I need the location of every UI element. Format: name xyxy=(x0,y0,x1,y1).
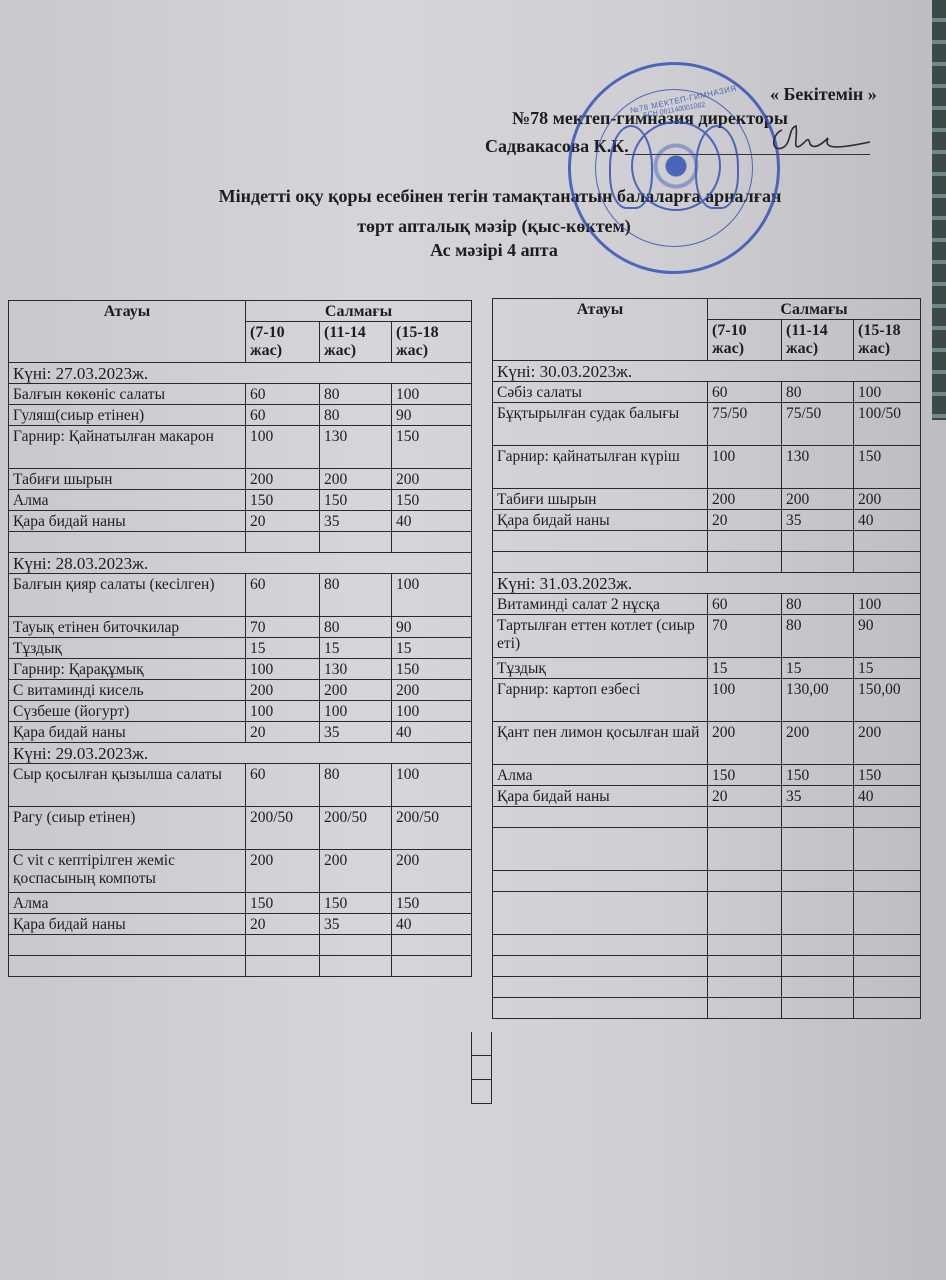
dish-name: Тұздық xyxy=(9,638,246,659)
column-header-name: Атауы xyxy=(493,299,708,361)
weight-11-14: 80 xyxy=(782,594,854,615)
menu-item-row: С витаминді кисель200200200 xyxy=(9,680,472,701)
weight-7-10: 100 xyxy=(246,426,320,469)
weight-7-10: 60 xyxy=(708,382,782,403)
empty-cell xyxy=(782,871,854,892)
empty-cell xyxy=(708,871,782,892)
weight-15-18: 100/50 xyxy=(854,403,921,446)
empty-cell xyxy=(392,532,472,553)
weight-15-18: 200 xyxy=(392,850,472,893)
weight-7-10: 100 xyxy=(246,701,320,722)
weight-15-18: 200 xyxy=(392,469,472,490)
weight-11-14: 35 xyxy=(320,722,392,743)
weight-7-10: 20 xyxy=(246,914,320,935)
weight-15-18: 40 xyxy=(854,786,921,807)
weight-11-14: 130 xyxy=(320,426,392,469)
empty-cell xyxy=(854,998,921,1019)
weight-7-10: 200 xyxy=(246,850,320,893)
weight-11-14: 80 xyxy=(320,764,392,807)
dish-name: Гарнир: қайнатылған күріш xyxy=(493,446,708,489)
weight-7-10: 200 xyxy=(246,680,320,701)
weight-15-18: 90 xyxy=(854,615,921,658)
weight-7-10: 60 xyxy=(708,594,782,615)
empty-cell xyxy=(493,977,708,998)
weight-7-10: 100 xyxy=(246,659,320,680)
menu-item-row: Сәбіз салаты6080100 xyxy=(493,382,921,403)
weight-15-18: 90 xyxy=(392,405,472,426)
empty-cell xyxy=(708,807,782,828)
dish-name: Гарнир: Қарақұмық xyxy=(9,659,246,680)
day-date-row: Күні: 29.03.2023ж. xyxy=(9,743,472,764)
empty-cell xyxy=(246,935,320,956)
weight-7-10: 200 xyxy=(708,722,782,765)
weight-15-18: 40 xyxy=(392,722,472,743)
day-date-row: Күні: 30.03.2023ж. xyxy=(493,361,921,382)
dish-name: Қара бидай наны xyxy=(9,511,246,532)
menu-item-row: Алма150150150 xyxy=(9,490,472,511)
dish-name: Гуляш(сиыр етінен) xyxy=(9,405,246,426)
day-date: Күні: 29.03.2023ж. xyxy=(9,743,472,764)
weight-11-14: 130 xyxy=(782,446,854,489)
empty-row xyxy=(493,552,921,573)
menu-item-row: Қара бидай наны203540 xyxy=(493,510,921,531)
empty-cell xyxy=(9,532,246,553)
empty-cell xyxy=(708,552,782,573)
weight-11-14: 80 xyxy=(320,405,392,426)
signature-icon xyxy=(752,118,872,158)
dish-name: Тауық етінен биточкилар xyxy=(9,617,246,638)
weight-15-18: 150 xyxy=(854,765,921,786)
day-date-row: Күні: 27.03.2023ж. xyxy=(9,363,472,384)
weight-15-18: 100 xyxy=(392,764,472,807)
empty-cell xyxy=(493,935,708,956)
weight-7-10: 150 xyxy=(246,893,320,914)
weight-11-14: 200 xyxy=(782,722,854,765)
dish-name: Гарнир: картоп езбесі xyxy=(493,679,708,722)
dish-name: Сыр қосылған қызылша салаты xyxy=(9,764,246,807)
menu-table-right: АтауыСалмағы(7-10 жас)(11-14 жас)(15-18 … xyxy=(492,298,921,1019)
menu-item-row: Тұздық151515 xyxy=(493,658,921,679)
weight-15-18: 15 xyxy=(854,658,921,679)
weight-11-14: 80 xyxy=(320,384,392,405)
weight-7-10: 70 xyxy=(708,615,782,658)
weight-11-14: 80 xyxy=(782,382,854,403)
column-header-age-15-18: (15-18 жас) xyxy=(854,320,921,361)
menu-item-row: Гарнир: Қарақұмық100130150 xyxy=(9,659,472,680)
weight-15-18: 150 xyxy=(392,893,472,914)
day-date-row: Күні: 31.03.2023ж. xyxy=(493,573,921,594)
menu-item-row: Балғын қияр салаты (кесілген)6080100 xyxy=(9,574,472,617)
dish-name: Қара бидай наны xyxy=(9,914,246,935)
dish-name: Алма xyxy=(9,893,246,914)
empty-cell xyxy=(392,935,472,956)
dish-name: Балғын көкөніс салаты xyxy=(9,384,246,405)
weight-15-18: 100 xyxy=(392,701,472,722)
empty-cell xyxy=(782,531,854,552)
empty-cell xyxy=(854,977,921,998)
empty-cell xyxy=(493,531,708,552)
weight-11-14: 150 xyxy=(320,893,392,914)
approval-label: « Бекітемін » xyxy=(770,84,877,105)
dish-name: С vit с кептірілген жеміс қоспасының ком… xyxy=(9,850,246,893)
weight-7-10: 15 xyxy=(708,658,782,679)
column-header-age-7-10: (7-10 жас) xyxy=(246,322,320,363)
menu-item-row: С vit с кептірілген жеміс қоспасының ком… xyxy=(9,850,472,893)
weight-11-14: 200 xyxy=(782,489,854,510)
dish-name: Балғын қияр салаты (кесілген) xyxy=(9,574,246,617)
empty-row xyxy=(9,532,472,553)
empty-cell xyxy=(854,892,921,935)
empty-row xyxy=(493,956,921,977)
weight-7-10: 150 xyxy=(708,765,782,786)
empty-row xyxy=(493,807,921,828)
empty-cell xyxy=(854,828,921,871)
empty-cell xyxy=(782,998,854,1019)
menu-item-row: Табиғи шырын200200200 xyxy=(9,469,472,490)
weight-11-14: 130 xyxy=(320,659,392,680)
table-gap-strip xyxy=(471,1032,492,1104)
weight-11-14: 130,00 xyxy=(782,679,854,722)
weight-15-18: 200/50 xyxy=(392,807,472,850)
weight-15-18: 200 xyxy=(392,680,472,701)
empty-cell xyxy=(854,552,921,573)
empty-cell xyxy=(246,956,320,977)
column-header-age-7-10: (7-10 жас) xyxy=(708,320,782,361)
weight-15-18: 150,00 xyxy=(854,679,921,722)
weight-7-10: 200 xyxy=(246,469,320,490)
empty-cell xyxy=(854,871,921,892)
menu-week-label: Ас мәзірі 4 апта xyxy=(0,240,946,261)
weight-15-18: 40 xyxy=(392,914,472,935)
weight-11-14: 35 xyxy=(320,914,392,935)
empty-cell xyxy=(493,871,708,892)
weight-11-14: 150 xyxy=(782,765,854,786)
weight-11-14: 35 xyxy=(782,510,854,531)
column-header-age-15-18: (15-18 жас) xyxy=(392,322,472,363)
weight-15-18: 150 xyxy=(854,446,921,489)
weight-7-10: 20 xyxy=(708,786,782,807)
menu-item-row: Тартылған еттен котлет (сиыр еті)708090 xyxy=(493,615,921,658)
empty-row xyxy=(493,531,921,552)
weight-7-10: 60 xyxy=(246,384,320,405)
weight-15-18: 150 xyxy=(392,490,472,511)
weight-15-18: 90 xyxy=(392,617,472,638)
weight-7-10: 200 xyxy=(708,489,782,510)
weight-15-18: 40 xyxy=(392,511,472,532)
empty-cell xyxy=(320,935,392,956)
menu-item-row: Сыр қосылған қызылша салаты6080100 xyxy=(9,764,472,807)
weight-11-14: 200 xyxy=(320,680,392,701)
weight-7-10: 200/50 xyxy=(246,807,320,850)
weight-7-10: 100 xyxy=(708,679,782,722)
menu-item-row: Гарнир: қайнатылған күріш100130150 xyxy=(493,446,921,489)
empty-row xyxy=(493,935,921,956)
empty-row xyxy=(493,871,921,892)
menu-item-row: Алма150150150 xyxy=(493,765,921,786)
column-header-age-11-14: (11-14 жас) xyxy=(782,320,854,361)
empty-cell xyxy=(708,998,782,1019)
background-edge xyxy=(932,0,946,420)
weight-7-10: 20 xyxy=(708,510,782,531)
weight-7-10: 150 xyxy=(246,490,320,511)
menu-item-row: Витаминді салат 2 нұсқа6080100 xyxy=(493,594,921,615)
weight-11-14: 75/50 xyxy=(782,403,854,446)
column-header-weight: Салмағы xyxy=(708,299,921,320)
menu-item-row: Қант пен лимон қосылған шай200200200 xyxy=(493,722,921,765)
dish-name: Рагу (сиыр етінен) xyxy=(9,807,246,850)
dish-name: С витаминді кисель xyxy=(9,680,246,701)
day-date: Күні: 28.03.2023ж. xyxy=(9,553,472,574)
empty-cell xyxy=(708,531,782,552)
director-name: Садвакасова К.К. xyxy=(485,136,629,157)
empty-cell xyxy=(782,552,854,573)
dish-name: Тұздық xyxy=(493,658,708,679)
weight-7-10: 70 xyxy=(246,617,320,638)
weight-11-14: 80 xyxy=(782,615,854,658)
menu-item-row: Қара бидай наны203540 xyxy=(493,786,921,807)
empty-row xyxy=(493,828,921,871)
menu-item-row: Гарнир: Қайнатылған макарон100130150 xyxy=(9,426,472,469)
weight-7-10: 15 xyxy=(246,638,320,659)
weight-7-10: 60 xyxy=(246,764,320,807)
empty-cell xyxy=(708,892,782,935)
empty-row xyxy=(493,998,921,1019)
empty-row xyxy=(493,892,921,935)
weight-7-10: 20 xyxy=(246,511,320,532)
weight-15-18: 150 xyxy=(392,659,472,680)
weight-7-10: 60 xyxy=(246,405,320,426)
empty-cell xyxy=(854,531,921,552)
menu-item-row: Рагу (сиыр етінен)200/50200/50200/50 xyxy=(9,807,472,850)
weight-11-14: 200/50 xyxy=(320,807,392,850)
weight-15-18: 200 xyxy=(854,722,921,765)
weight-7-10: 100 xyxy=(708,446,782,489)
dish-name: Қара бидай наны xyxy=(493,786,708,807)
empty-cell xyxy=(782,977,854,998)
empty-cell xyxy=(708,977,782,998)
empty-row xyxy=(493,977,921,998)
dish-name: Бұқтырылған судак балығы xyxy=(493,403,708,446)
empty-row xyxy=(9,935,472,956)
dish-name: Гарнир: Қайнатылған макарон xyxy=(9,426,246,469)
empty-cell xyxy=(493,828,708,871)
day-date: Күні: 31.03.2023ж. xyxy=(493,573,921,594)
empty-row xyxy=(9,956,472,977)
empty-cell xyxy=(493,956,708,977)
menu-item-row: Балғын көкөніс салаты6080100 xyxy=(9,384,472,405)
weight-7-10: 60 xyxy=(246,574,320,617)
dish-name: Қара бидай наны xyxy=(9,722,246,743)
weight-15-18: 15 xyxy=(392,638,472,659)
dish-name: Тартылған еттен котлет (сиыр еті) xyxy=(493,615,708,658)
empty-cell xyxy=(708,935,782,956)
weight-11-14: 15 xyxy=(320,638,392,659)
empty-cell xyxy=(782,935,854,956)
empty-cell xyxy=(854,935,921,956)
dish-name: Алма xyxy=(9,490,246,511)
weight-15-18: 100 xyxy=(392,574,472,617)
menu-table-left: АтауыСалмағы(7-10 жас)(11-14 жас)(15-18 … xyxy=(8,300,472,977)
weight-11-14: 150 xyxy=(320,490,392,511)
empty-cell xyxy=(782,828,854,871)
day-date-row: Күні: 28.03.2023ж. xyxy=(9,553,472,574)
weight-7-10: 75/50 xyxy=(708,403,782,446)
day-date: Күні: 27.03.2023ж. xyxy=(9,363,472,384)
director-title: №78 мектеп-гимназия директоры xyxy=(512,108,788,129)
dish-name: Алма xyxy=(493,765,708,786)
day-date: Күні: 30.03.2023ж. xyxy=(493,361,921,382)
menu-item-row: Алма150150150 xyxy=(9,893,472,914)
empty-cell xyxy=(854,807,921,828)
menu-item-row: Қара бидай наны203540 xyxy=(9,722,472,743)
weight-11-14: 80 xyxy=(320,574,392,617)
weight-11-14: 200 xyxy=(320,850,392,893)
menu-item-row: Сүзбеше (йогурт)100100100 xyxy=(9,701,472,722)
weight-11-14: 100 xyxy=(320,701,392,722)
menu-item-row: Гуляш(сиыр етінен)608090 xyxy=(9,405,472,426)
empty-cell xyxy=(493,892,708,935)
weight-15-18: 100 xyxy=(854,382,921,403)
menu-item-row: Тауық етінен биточкилар708090 xyxy=(9,617,472,638)
menu-item-row: Қара бидай наны203540 xyxy=(9,914,472,935)
empty-cell xyxy=(320,956,392,977)
weight-15-18: 200 xyxy=(854,489,921,510)
weight-15-18: 150 xyxy=(392,426,472,469)
empty-cell xyxy=(246,532,320,553)
weight-11-14: 15 xyxy=(782,658,854,679)
document-title: Міндетті оқу қоры есебінен тегін тамақта… xyxy=(0,186,946,207)
column-header-age-11-14: (11-14 жас) xyxy=(320,322,392,363)
empty-cell xyxy=(854,956,921,977)
dish-name: Сәбіз салаты xyxy=(493,382,708,403)
weight-7-10: 20 xyxy=(246,722,320,743)
weight-15-18: 100 xyxy=(392,384,472,405)
empty-cell xyxy=(782,956,854,977)
empty-cell xyxy=(493,807,708,828)
empty-cell xyxy=(708,956,782,977)
dish-name: Табиғи шырын xyxy=(9,469,246,490)
empty-cell xyxy=(708,828,782,871)
weight-11-14: 80 xyxy=(320,617,392,638)
empty-cell xyxy=(493,552,708,573)
weight-15-18: 100 xyxy=(854,594,921,615)
empty-cell xyxy=(782,892,854,935)
empty-cell xyxy=(782,807,854,828)
weight-11-14: 35 xyxy=(782,786,854,807)
empty-cell xyxy=(493,998,708,1019)
column-header-weight: Салмағы xyxy=(246,301,472,322)
menu-item-row: Табиғи шырын200200200 xyxy=(493,489,921,510)
menu-item-row: Тұздық151515 xyxy=(9,638,472,659)
menu-item-row: Бұқтырылған судак балығы75/5075/50100/50 xyxy=(493,403,921,446)
dish-name: Қант пен лимон қосылған шай xyxy=(493,722,708,765)
weight-11-14: 35 xyxy=(320,511,392,532)
empty-cell xyxy=(320,532,392,553)
document-subtitle: төрт апталық мәзір (қыс-көктем) xyxy=(0,216,946,237)
empty-cell xyxy=(392,956,472,977)
dish-name: Сүзбеше (йогурт) xyxy=(9,701,246,722)
dish-name: Витаминді салат 2 нұсқа xyxy=(493,594,708,615)
column-header-name: Атауы xyxy=(9,301,246,363)
dish-name: Табиғи шырын xyxy=(493,489,708,510)
empty-cell xyxy=(9,956,246,977)
weight-15-18: 40 xyxy=(854,510,921,531)
weight-11-14: 200 xyxy=(320,469,392,490)
dish-name: Қара бидай наны xyxy=(493,510,708,531)
menu-item-row: Қара бидай наны203540 xyxy=(9,511,472,532)
menu-item-row: Гарнир: картоп езбесі100130,00150,00 xyxy=(493,679,921,722)
empty-cell xyxy=(9,935,246,956)
